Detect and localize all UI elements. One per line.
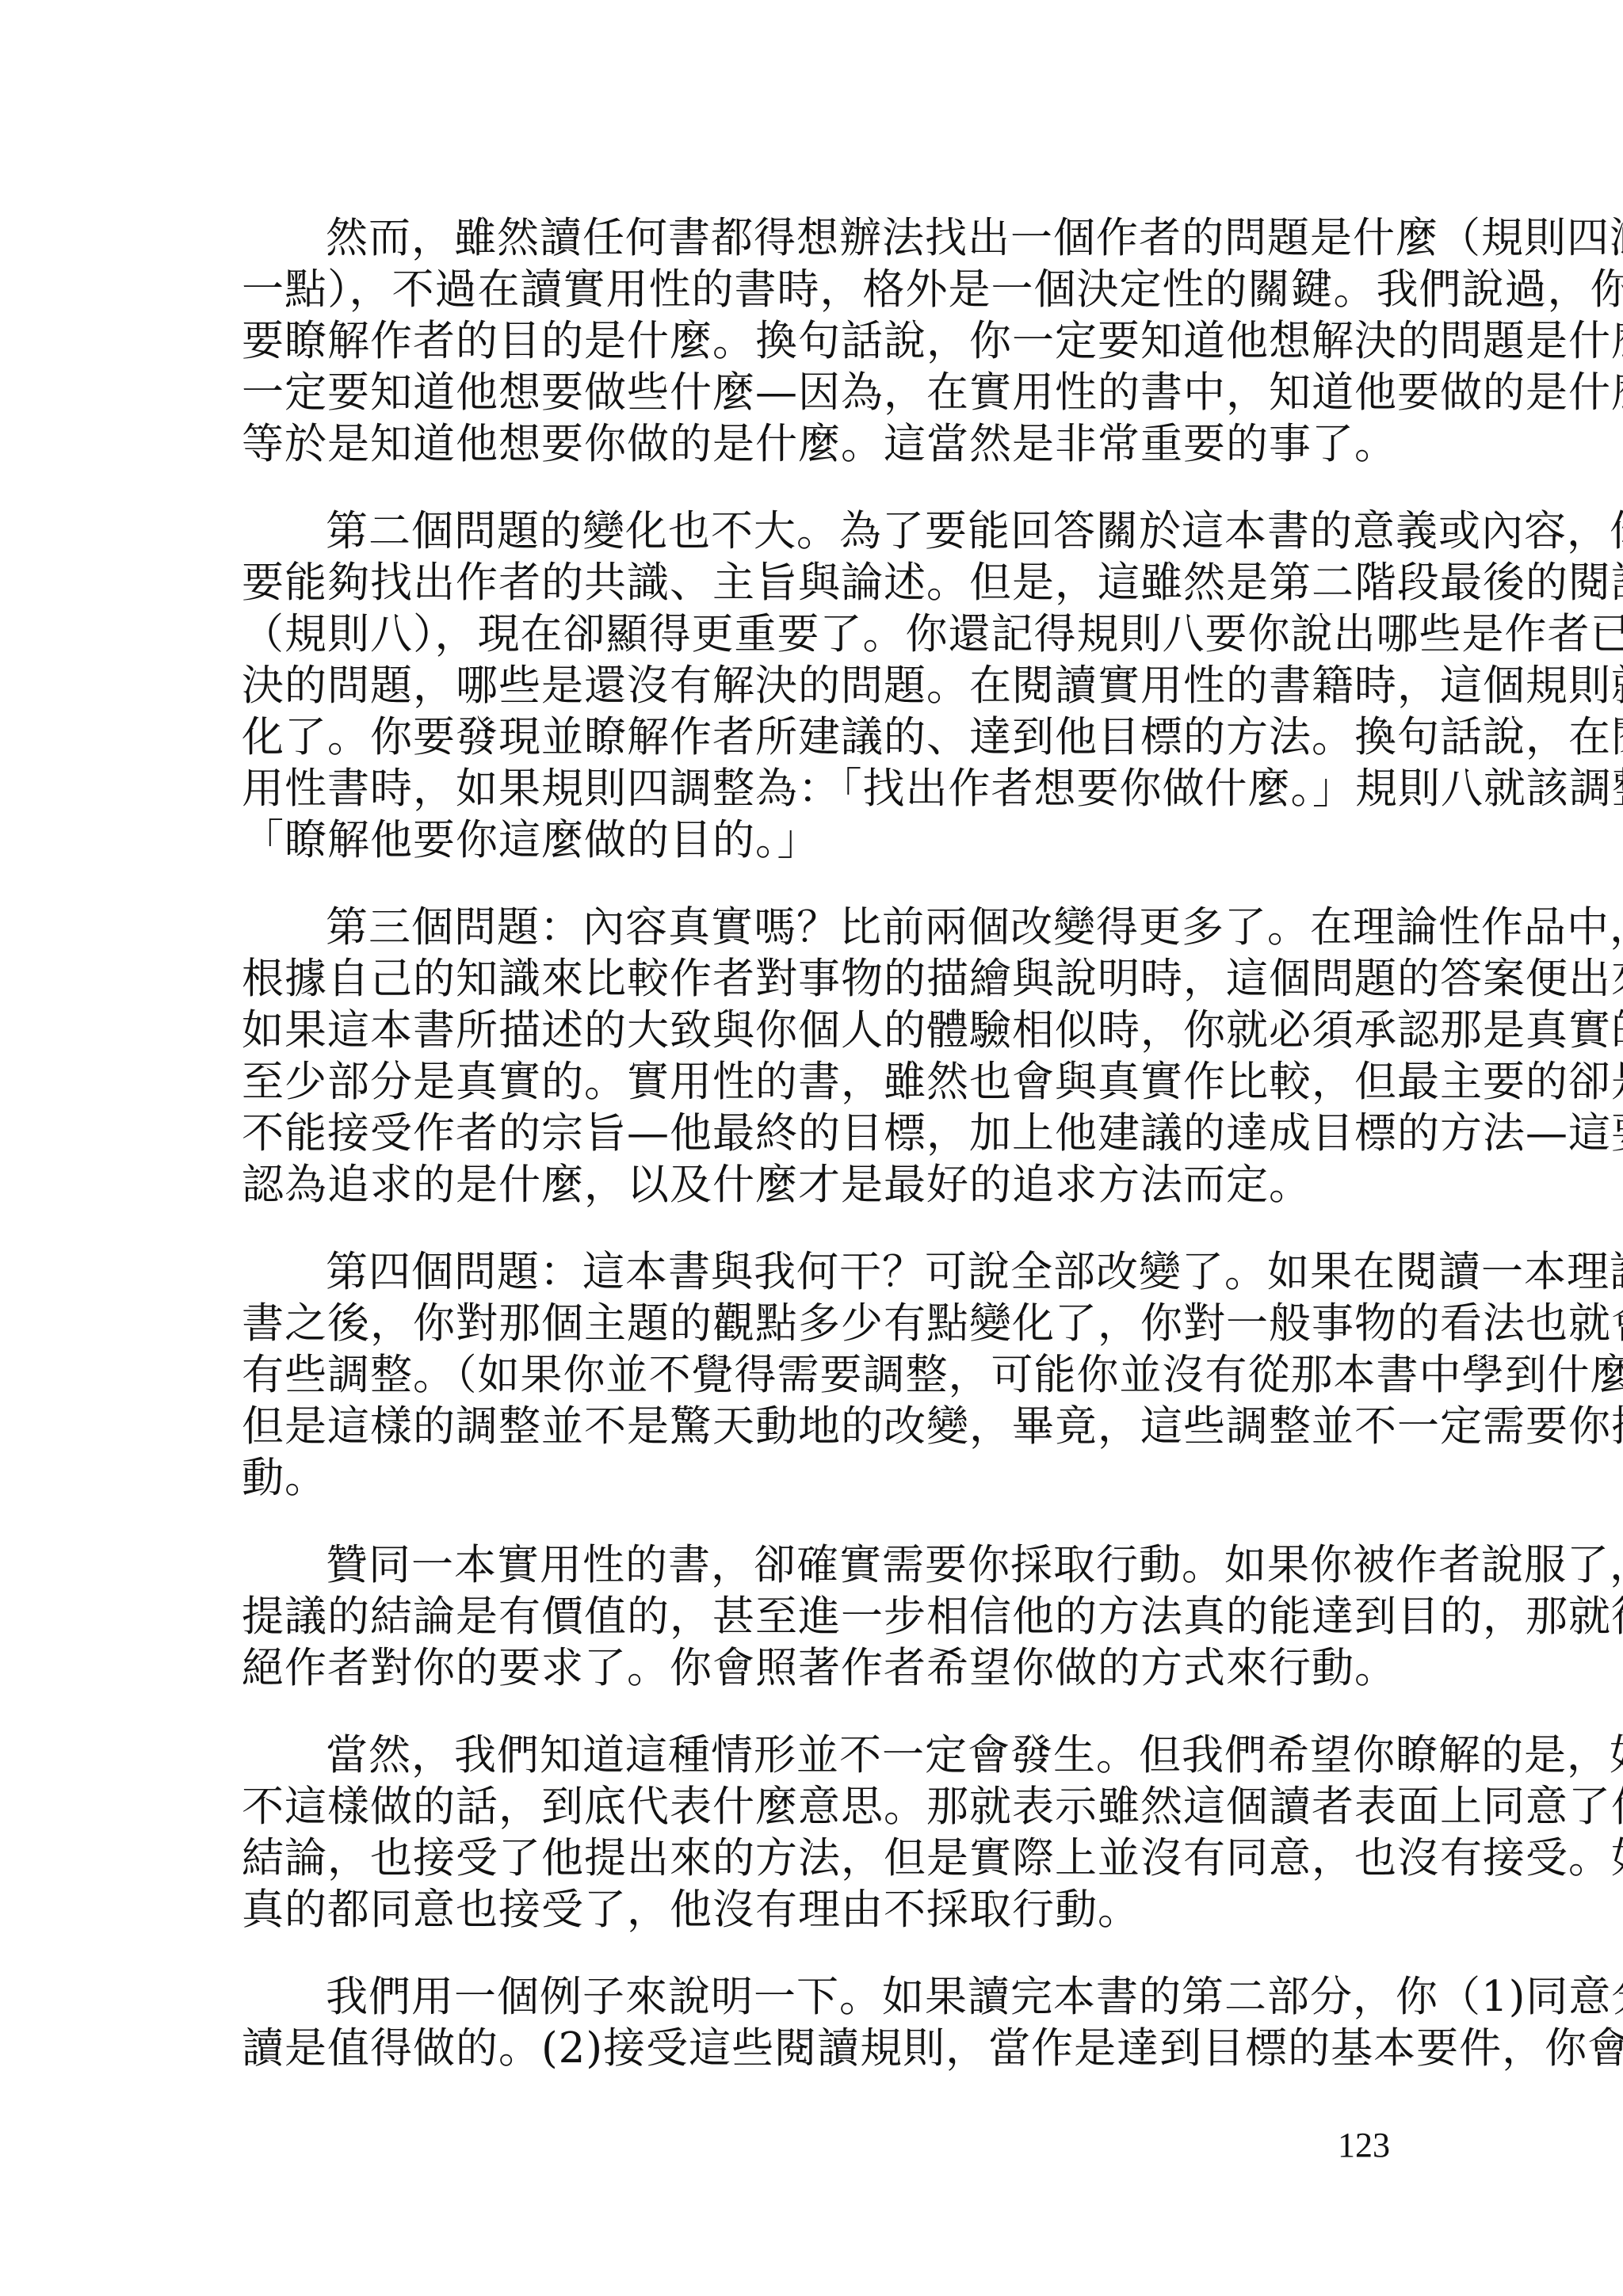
text-line: 一定要知道他想要做些什麼—因為，在實用性的書中，知道他要做的是什麼，就	[242, 367, 1492, 418]
text-line: 當然，我們知道這種情形並不一定會發生。但我們希望你瞭解的是，如果你	[242, 1730, 1492, 1781]
text-line: 第三個問題：內容真實嗎？比前兩個改變得更多了。在理論性作品中，當你	[242, 902, 1492, 953]
text-line: 動。	[242, 1452, 1492, 1504]
text-line: 認為追求的是什麼，以及什麼才是最好的追求方法而定。	[242, 1159, 1492, 1211]
paragraph: 第四個問題：這本書與我何干？可說全部改變了。如果在閱讀一本理論性的書之後，你對那…	[242, 1246, 1492, 1504]
text-line: 結論，也接受了他提出來的方法，但是實際上並沒有同意，也沒有接受。如果他	[242, 1833, 1492, 1884]
text-line: 書之後，你對那個主題的觀點多少有點變化了，你對一般事物的看法也就會多少	[242, 1298, 1492, 1349]
page-body: 然而，雖然讀任何書都得想辦法找出一個作者的問題是什麼（規則四涵蓋這一點），不過在…	[242, 212, 1492, 2110]
paragraph: 贊同一本實用性的書，卻確實需要你採取行動。如果你被作者說服了，他所提議的結論是有…	[242, 1539, 1492, 1694]
text-line: 化了。你要發現並瞭解作者所建議的、達到他目標的方法。換句話說，在閱讀實	[242, 711, 1492, 763]
text-line: 至少部分是真實的。實用性的書，雖然也會與真實作比較，但最主要的卻是你能	[242, 1056, 1492, 1108]
text-line: 要能夠找出作者的共識、主旨與論述。但是，這雖然是第二階段最後的閱讀工作	[242, 557, 1492, 608]
text-line: 但是這樣的調整並不是驚天動地的改變，畢竟，這些調整並不一定需要你探取行	[242, 1401, 1492, 1452]
text-line: 我們用一個例子來說明一下。如果讀完本書的第二部分，你（1)同意分析閱	[242, 1971, 1492, 2023]
paragraph: 第三個問題：內容真實嗎？比前兩個改變得更多了。在理論性作品中，當你根據自己的知識…	[242, 902, 1492, 1211]
text-line: 有些調整。（如果你並不覺得需要調整，可能你並沒有從那本書中學到什麼。）	[242, 1349, 1492, 1401]
text-line: 不能接受作者的宗旨—他最終的目標，加上他建議的達成目標的方法—這要看你	[242, 1108, 1492, 1159]
text-line: （規則八），現在卻顯得更重要了。你還記得規則八要你說出哪些是作者已經解	[242, 608, 1492, 660]
text-line: 如果這本書所描述的大致與你個人的體驗相似時，你就必須承認那是真實的，或	[242, 1005, 1492, 1056]
text-line: 第二個問題的變化也不大。為了要能回答關於這本書的意義或內容，你仍然	[242, 505, 1492, 557]
text-line: 決的問題，哪些是還沒有解決的問題。在閱讀實用性的書籍時，這個規則就有變	[242, 660, 1492, 711]
paragraph: 當然，我們知道這種情形並不一定會發生。但我們希望你瞭解的是，如果你不這樣做的話，…	[242, 1730, 1492, 1936]
text-line: 真的都同意也接受了，他沒有理由不採取行動。	[242, 1884, 1492, 1936]
text-line: 要瞭解作者的目的是什麼。換句話說，你一定要知道他想解決的問題是什麼。你	[242, 315, 1492, 367]
text-line: 絕作者對你的要求了。你會照著作者希望你做的方式來行動。	[242, 1642, 1492, 1694]
text-line: 「瞭解他要你這麼做的目的。」	[242, 814, 1492, 866]
text-line: 讀是值得做的。(2)接受這些閱讀規則，當作是達到目標的基本要件，你會像我	[242, 2023, 1492, 2074]
text-line: 不這樣做的話，到底代表什麼意思。那就表示雖然這個讀者表面上同意了作者的	[242, 1781, 1492, 1833]
text-line: 提議的結論是有價值的，甚至進一步相信他的方法真的能達到目的，那就很難拒	[242, 1591, 1492, 1642]
page-number: 123	[1338, 2125, 1390, 2166]
paragraphs: 然而，雖然讀任何書都得想辦法找出一個作者的問題是什麼（規則四涵蓋這一點），不過在…	[242, 212, 1492, 2074]
text-line: 等於是知道他想要你做的是什麼。這當然是非常重要的事了。	[242, 418, 1492, 470]
paragraph: 第二個問題的變化也不大。為了要能回答關於這本書的意義或內容，你仍然要能夠找出作者…	[242, 505, 1492, 866]
text-line: 然而，雖然讀任何書都得想辦法找出一個作者的問題是什麼（規則四涵蓋這	[242, 212, 1492, 264]
paragraph: 我們用一個例子來說明一下。如果讀完本書的第二部分，你（1)同意分析閱讀是值得做的…	[242, 1971, 1492, 2074]
text-line: 根據自己的知識來比較作者對事物的描繪與說明時，這個問題的答案便出來了。	[242, 953, 1492, 1005]
text-line: 用性書時，如果規則四調整為：「找出作者想要你做什麼。」規則八就該調整為：	[242, 763, 1492, 814]
text-line: 一點），不過在讀實用性的書時，格外是一個決定性的關鍵。我們說過，你一定	[242, 264, 1492, 315]
text-line: 第四個問題：這本書與我何干？可說全部改變了。如果在閱讀一本理論性的	[242, 1246, 1492, 1298]
paragraph: 然而，雖然讀任何書都得想辦法找出一個作者的問題是什麼（規則四涵蓋這一點），不過在…	[242, 212, 1492, 470]
text-line: 贊同一本實用性的書，卻確實需要你採取行動。如果你被作者說服了，他所	[242, 1539, 1492, 1591]
